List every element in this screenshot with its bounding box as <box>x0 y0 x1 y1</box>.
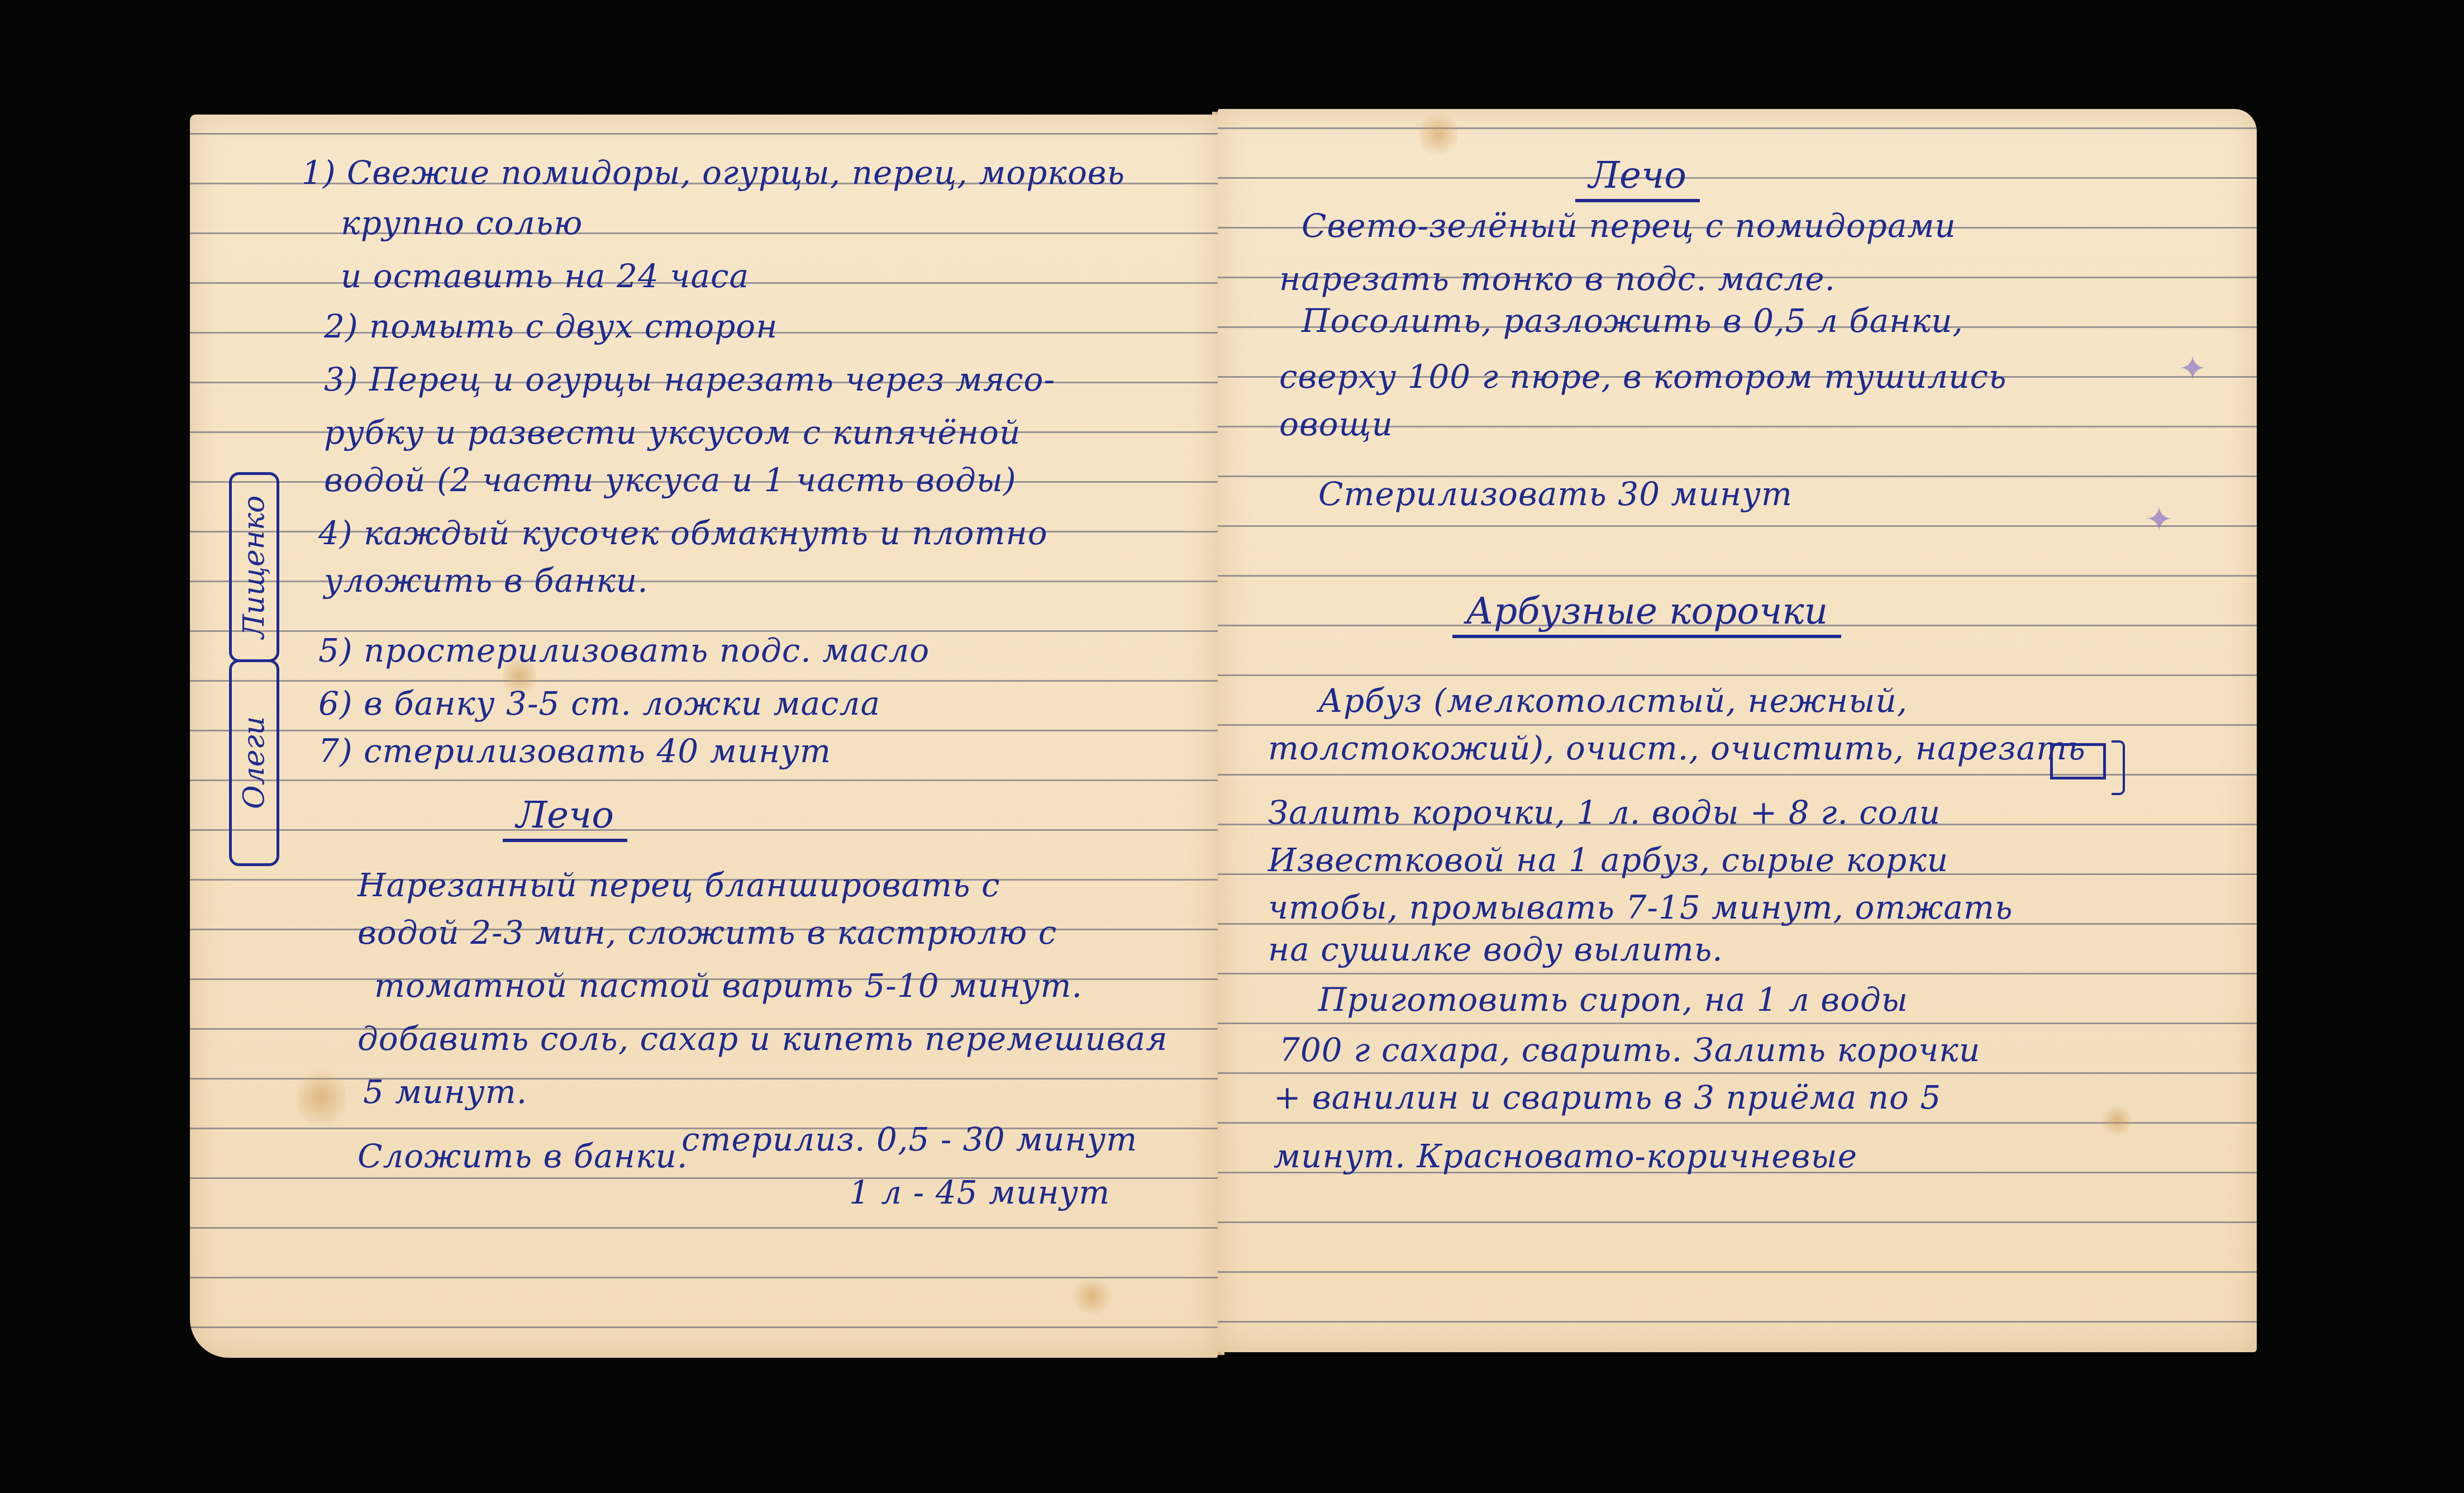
text-line: 1) Свежие помидоры, огурцы, перец, морко… <box>302 154 1125 192</box>
left-page: Лищенко Олеги 1) Свежие помидоры, огурцы… <box>190 115 1218 1358</box>
text-line: 5) простерилизовать подс. масло <box>318 631 930 669</box>
text-line: на сушилке воду вылить. <box>1268 930 1723 968</box>
sketch-rectangle <box>2050 743 2106 779</box>
recipe-title: Арбузные корочки <box>1452 589 1841 638</box>
text-line: 700 г сахара, сварить. Залить корочки <box>1279 1031 1980 1069</box>
text-line: Посолить, разложить в 0,5 л банки, <box>1302 302 1963 340</box>
text-line: Залить корочки, 1 л. воды + 8 г. соли <box>1268 793 1941 831</box>
side-label-top-text: Лищенко <box>237 496 271 639</box>
text-line: 3) Перец и огурцы нарезать через мясо- <box>324 360 1055 398</box>
text-line: Нарезанный перец бланшировать с <box>358 866 1000 904</box>
stain <box>296 1064 346 1131</box>
text-line: овощи <box>1279 405 1393 443</box>
text-line: добавить соль, сахар и кипеть перемешива… <box>358 1020 1168 1058</box>
stain <box>1419 109 1458 159</box>
side-label-bottom-text: Олеги <box>237 716 271 809</box>
text-line: 5 минут. <box>363 1073 527 1111</box>
text-line: 1 л - 45 минут <box>849 1173 1110 1211</box>
ink-smudge: ✦ <box>2145 500 2173 539</box>
text-line: Стерилизовать 30 минут <box>1318 475 1793 513</box>
text-line: нарезать тонко в подс. масле. <box>1279 260 1836 298</box>
stain <box>2100 1104 2134 1137</box>
text-line: 2) помыть с двух сторон <box>324 307 778 345</box>
text-line: рубку и развести уксусом с кипячёной <box>324 413 1021 451</box>
text-line: крупно солью <box>341 204 583 242</box>
ink-smudge: ✦ <box>2179 349 2206 388</box>
text-line: минут. Красновато-коричневые <box>1274 1137 1857 1175</box>
text-line: 7) стерилизовать 40 минут <box>318 732 831 770</box>
recipe-title: Лечо <box>1575 154 1700 202</box>
recipe-title: Лечо <box>503 793 627 842</box>
text-line: Известковой на 1 арбуз, сырые корки <box>1268 841 1948 879</box>
text-line: водой (2 части уксуса и 1 часть воды) <box>324 461 1017 499</box>
text-line: водой 2-3 мин, сложить в кастрюлю с <box>358 914 1057 952</box>
side-label-top: Лищенко <box>229 472 279 662</box>
text-line: толстокожий), очист., очистить, нарезать <box>1268 729 2086 767</box>
sketch-bracket <box>2112 740 2125 795</box>
text-line: сверху 100 г пюре, в котором тушились <box>1279 358 2007 396</box>
text-line: Арбуз (мелкотолстый, нежный, <box>1318 682 1908 720</box>
text-line: чтобы, промывать 7-15 минут, отжать <box>1268 888 2013 926</box>
text-line: томатной пастой варить 5-10 минут. <box>374 967 1083 1005</box>
text-line: стерилиз. 0,5 - 30 минут <box>681 1120 1137 1158</box>
side-label-bottom: Олеги <box>229 659 279 866</box>
text-line: 4) каждый кусочек обмакнуть и плотно <box>318 514 1048 552</box>
text-line: 6) в банку 3-5 ст. ложки масла <box>318 684 880 722</box>
right-page: ✦ ✦ Лечо Свето-зелёный перец с помидорам… <box>1218 109 2257 1352</box>
text-line: + ванилин и сварить в 3 приёма по 5 <box>1274 1078 1941 1116</box>
stain <box>1073 1277 1112 1316</box>
text-line: Сложить в банки. <box>358 1137 688 1175</box>
text-line: Приготовить сироп, на 1 л воды <box>1318 981 1908 1019</box>
text-line: уложить в банки. <box>324 562 649 600</box>
text-line: и оставить на 24 часа <box>341 257 749 295</box>
text-line: Свето-зелёный перец с помидорами <box>1302 207 1956 245</box>
